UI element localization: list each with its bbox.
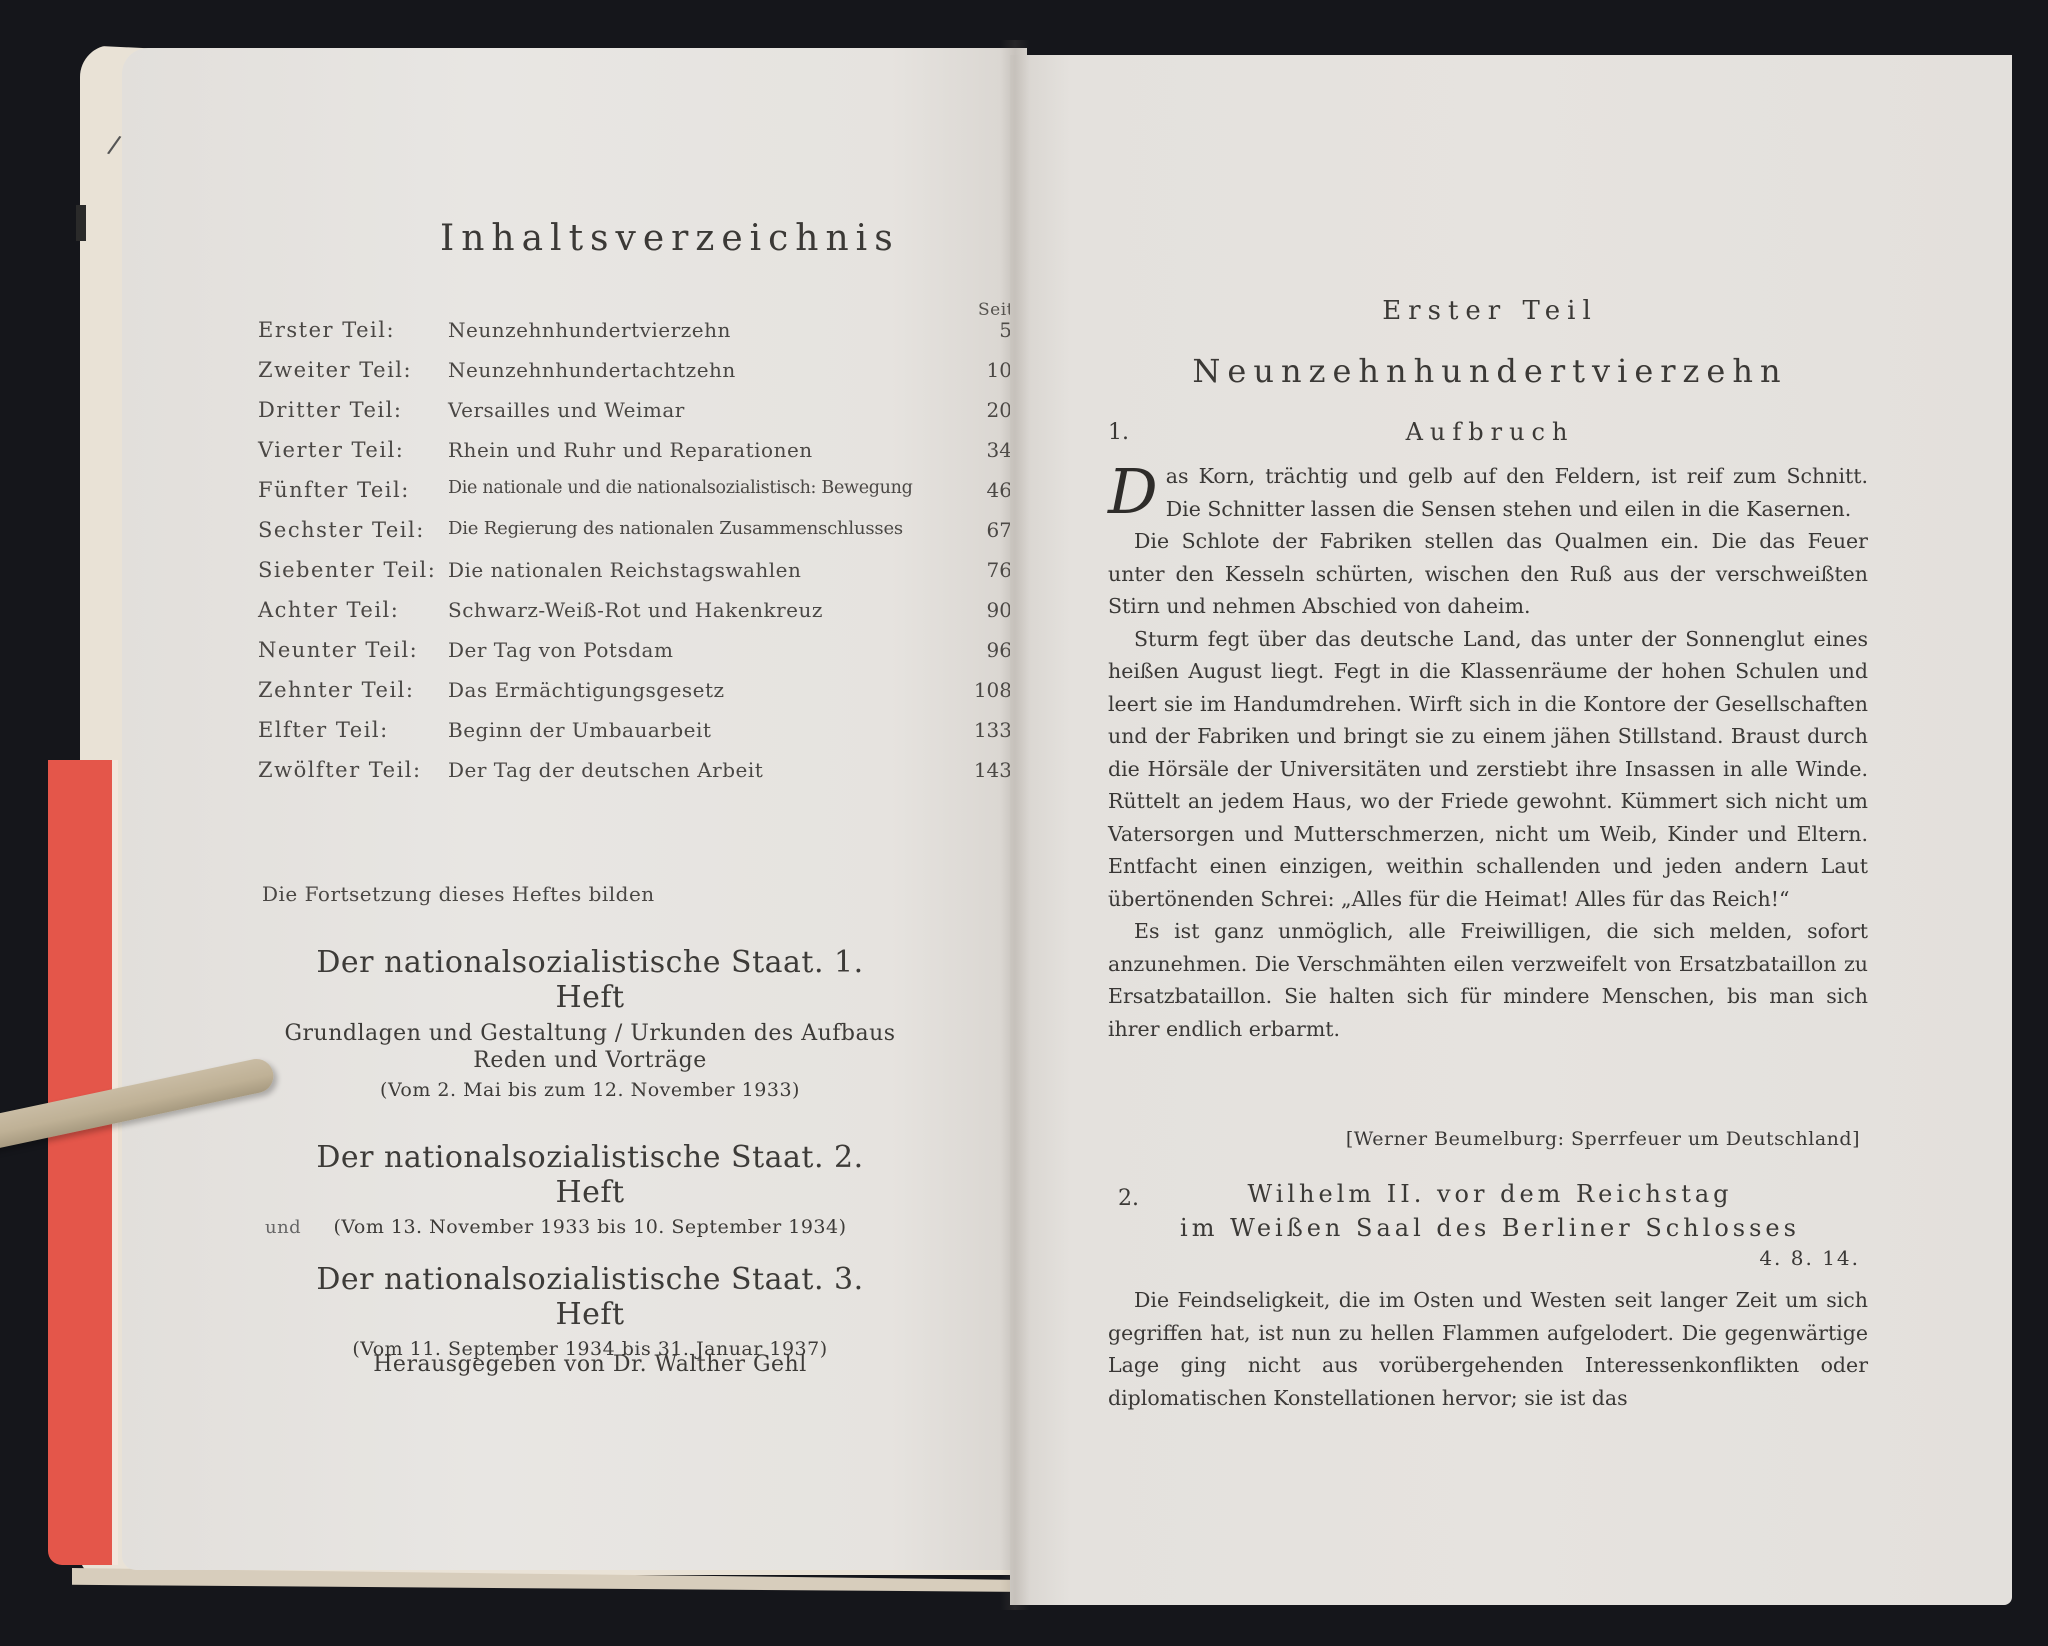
toc-entry: Dritter Teil: Versailles und Weimar 20 [258, 398, 1018, 438]
section-title-line-2: im Weißen Saal des Berliner Schlosses [1090, 1214, 1890, 1242]
part-heading: Erster Teil [1090, 296, 1890, 326]
source-citation: [Werner Beumelburg: Sperrfeuer um Deutsc… [1280, 1128, 1860, 1150]
toc-entry: Achter Teil: Schwarz-Weiß-Rot und Hakenk… [258, 598, 1018, 638]
toc-title-text: Schwarz-Weiß-Rot und Hakenkreuz [448, 598, 968, 622]
paragraph: Es ist ganz unmöglich, alle Freiwilligen… [1108, 915, 1868, 1045]
toc-title-text: Der Tag von Potsdam [448, 638, 968, 662]
toc-entry: Zwölfter Teil: Der Tag der deutschen Arb… [258, 758, 1018, 798]
volume-title: Der nationalsozialistische Staat. 1. Hef… [280, 945, 900, 1015]
toc-part: Fünfter Teil: [258, 478, 448, 502]
toc-title-text: Neunzehnhundertvierzehn [448, 318, 968, 342]
volume-dates: (Vom 2. Mai bis zum 12. November 1933) [280, 1079, 900, 1101]
volume-dates: (Vom 13. November 1933 bis 10. September… [280, 1216, 900, 1238]
toc-part: Zwölfter Teil: [258, 758, 448, 782]
volume-title: Der nationalsozialistische Staat. 2. Hef… [280, 1140, 900, 1210]
toc-entry: Zehnter Teil: Das Ermächtigungsgesetz 10… [258, 678, 1018, 718]
editor-credit: Herausgegeben von Dr. Walther Gehl [280, 1352, 900, 1377]
toc-title-text: Der Tag der deutschen Arbeit [448, 758, 968, 782]
volume-subtitle: Grundlagen und Gestaltung / Urkunden des… [280, 1021, 900, 1046]
toc-entry: Sechster Teil: Die Regierung des nationa… [258, 518, 1018, 558]
section-title-line-1: Wilhelm II. vor dem Reichstag [1090, 1180, 1890, 1208]
section-title: Aufbruch [1090, 418, 1890, 446]
toc-part: Zweiter Teil: [258, 358, 448, 382]
toc-title-text: Versailles und Weimar [448, 398, 968, 422]
paragraph: Das Korn, trächtig und gelb auf den Feld… [1108, 460, 1868, 525]
volume-2: Der nationalsozialistische Staat. 2. Hef… [280, 1140, 900, 1238]
toc-title-text: Das Ermächtigungsgesetz [448, 678, 968, 702]
toc-part: Elfter Teil: [258, 718, 448, 742]
section-2-body: Die Feindseligkeit, die im Osten und Wes… [1108, 1284, 1868, 1414]
chapter-heading: Neunzehnhundertvierzehn [1090, 352, 1890, 390]
toc-title-text: Neunzehnhundertachtzehn [448, 358, 968, 382]
toc-entry: Fünfter Teil: Die nationale und die nati… [258, 478, 1018, 518]
volume-subtitle: Reden und Vorträge [280, 1048, 900, 1073]
table-of-contents: Erster Teil: Neunzehnhundertvierzehn 5 Z… [258, 318, 1018, 798]
toc-entry: Vierter Teil: Rhein und Ruhr und Reparat… [258, 438, 1018, 478]
toc-title-text: Die nationale und die nationalsozialisti… [448, 478, 968, 498]
section-date: 4. 8. 14. [1700, 1246, 1860, 1270]
toc-entry: Neunter Teil: Der Tag von Potsdam 96 [258, 638, 1018, 678]
volume-3: Der nationalsozialistische Staat. 3. Hef… [280, 1262, 900, 1360]
toc-part: Siebenter Teil: [258, 558, 448, 582]
toc-entry: Erster Teil: Neunzehnhundertvierzehn 5 [258, 318, 1018, 358]
toc-title-text: Beginn der Umbauarbeit [448, 718, 968, 742]
book-gutter [1000, 40, 1030, 1610]
toc-entry: Siebenter Teil: Die nationalen Reichstag… [258, 558, 1018, 598]
cover-tab [76, 205, 86, 241]
toc-title-text: Rhein und Ruhr und Reparationen [448, 438, 968, 462]
paragraph: Die Schlote der Fabriken stellen das Qua… [1108, 525, 1868, 623]
volume-title: Der nationalsozialistische Staat. 3. Hef… [280, 1262, 900, 1332]
photo-scene: / Inhaltsverzeichnis Seit Erster Teil: N… [0, 0, 2048, 1646]
toc-part: Achter Teil: [258, 598, 448, 622]
paragraph: Die Feindseligkeit, die im Osten und Wes… [1108, 1284, 1868, 1414]
section-1-body: Das Korn, trächtig und gelb auf den Feld… [1108, 460, 1868, 1045]
toc-entry: Elfter Teil: Beginn der Umbauarbeit 133 [258, 718, 1018, 758]
toc-part: Erster Teil: [258, 318, 448, 342]
toc-part: Zehnter Teil: [258, 678, 448, 702]
toc-part: Sechster Teil: [258, 518, 448, 542]
toc-title-text: Die Regierung des nationalen Zusammensch… [448, 518, 968, 539]
red-cover-strip [48, 760, 118, 1565]
toc-title: Inhaltsverzeichnis [440, 218, 840, 259]
toc-part: Neunter Teil: [258, 638, 448, 662]
connector-text: und [265, 1217, 301, 1238]
drop-cap: D [1108, 462, 1158, 522]
toc-entry: Zweiter Teil: Neunzehnhundertachtzehn 10 [258, 358, 1018, 398]
toc-title-text: Die nationalen Reichstagswahlen [448, 558, 968, 582]
paragraph: Sturm fegt über das deutsche Land, das u… [1108, 623, 1868, 916]
toc-part: Dritter Teil: [258, 398, 448, 422]
toc-part: Vierter Teil: [258, 438, 448, 462]
volume-1: Der nationalsozialistische Staat. 1. Hef… [280, 945, 900, 1101]
continuation-intro: Die Fortsetzung dieses Heftes bilden [262, 882, 655, 906]
